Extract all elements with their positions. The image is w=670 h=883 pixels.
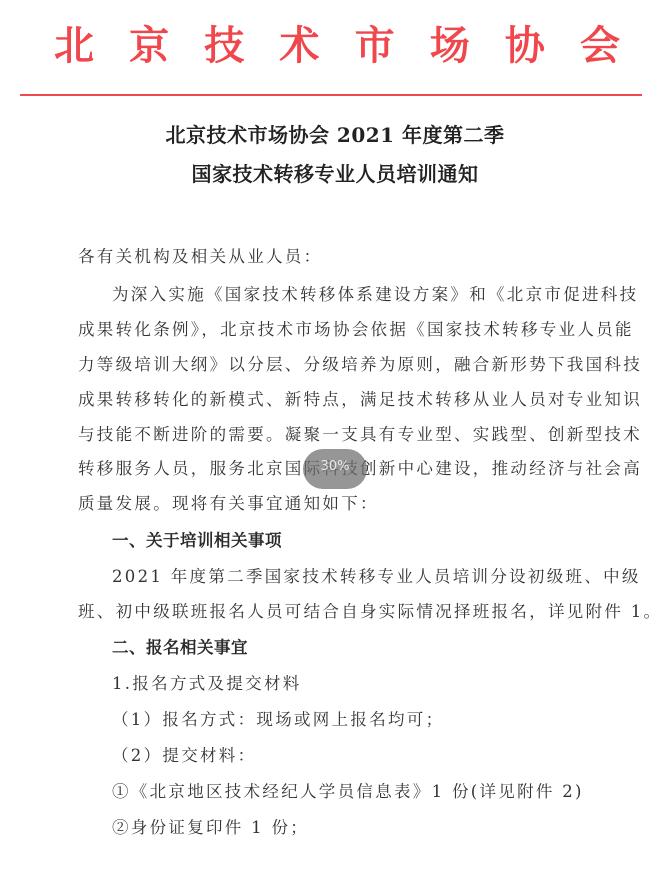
- intro-line: 成果转移转化的新模式、新特点，满足技术转移从业人员对专业知识: [78, 389, 642, 411]
- letterhead-char: 会: [578, 18, 622, 74]
- letterhead: 北 京 技 术 市 场 协 会: [0, 18, 670, 78]
- document-title-line-2: 国家技术转移专业人员培训通知: [0, 158, 670, 187]
- section-heading-registration: 二、报名相关事宜: [112, 637, 248, 659]
- list-item: （2）提交材料：: [112, 745, 256, 767]
- intro-line: 质量发展。现将有关事宜通知如下：: [78, 493, 379, 515]
- letterhead-char: 技: [202, 18, 246, 74]
- list-item: 1.报名方式及提交材料: [112, 673, 302, 695]
- letterhead-char: 北: [52, 18, 96, 74]
- zoom-level-indicator: 30%: [303, 449, 367, 489]
- letterhead-char: 京: [127, 18, 171, 74]
- section-heading-training: 一、关于培训相关事项: [112, 530, 282, 552]
- salutation: 各有关机构及相关从业人员：: [78, 246, 322, 268]
- document-title-line-1: 北京技术市场协会 2021 年度第二季: [0, 119, 670, 148]
- organization-name: 北 京 技 术 市 场 协 会: [52, 18, 622, 74]
- list-item: ②身份证复印件 1 份；: [112, 817, 309, 839]
- list-item: ①《北京地区技术经纪人学员信息表》1 份(详见附件 2): [112, 781, 584, 803]
- letterhead-char: 场: [428, 18, 472, 74]
- letterhead-char: 术: [277, 18, 321, 74]
- letterhead-char: 市: [353, 18, 397, 74]
- section-line: 2021 年度第二季国家技术转移专业人员培训分设初级班、中级: [112, 566, 641, 588]
- intro-line: 成果转化条例》，北京技术市场协会依据《国家技术转移专业人员能: [78, 319, 634, 341]
- intro-line: 力等级培训大纲》以分层、分级培养为原则，融合新形势下我国科技: [78, 354, 642, 376]
- letterhead-divider: [20, 94, 642, 96]
- letterhead-char: 协: [503, 18, 547, 74]
- intro-line: 为深入实施《国家技术转移体系建设方案》和《北京市促进科技: [112, 284, 638, 306]
- list-item: （1）报名方式：现场或网上报名均可；: [112, 709, 444, 731]
- section-line: 班、初中级联班报名人员可结合自身实际情况择班报名，详见附件 1。: [78, 601, 662, 623]
- intro-line: 与技能不断进阶的需要。凝聚一支具有专业型、实践型、创新型技术: [78, 424, 642, 446]
